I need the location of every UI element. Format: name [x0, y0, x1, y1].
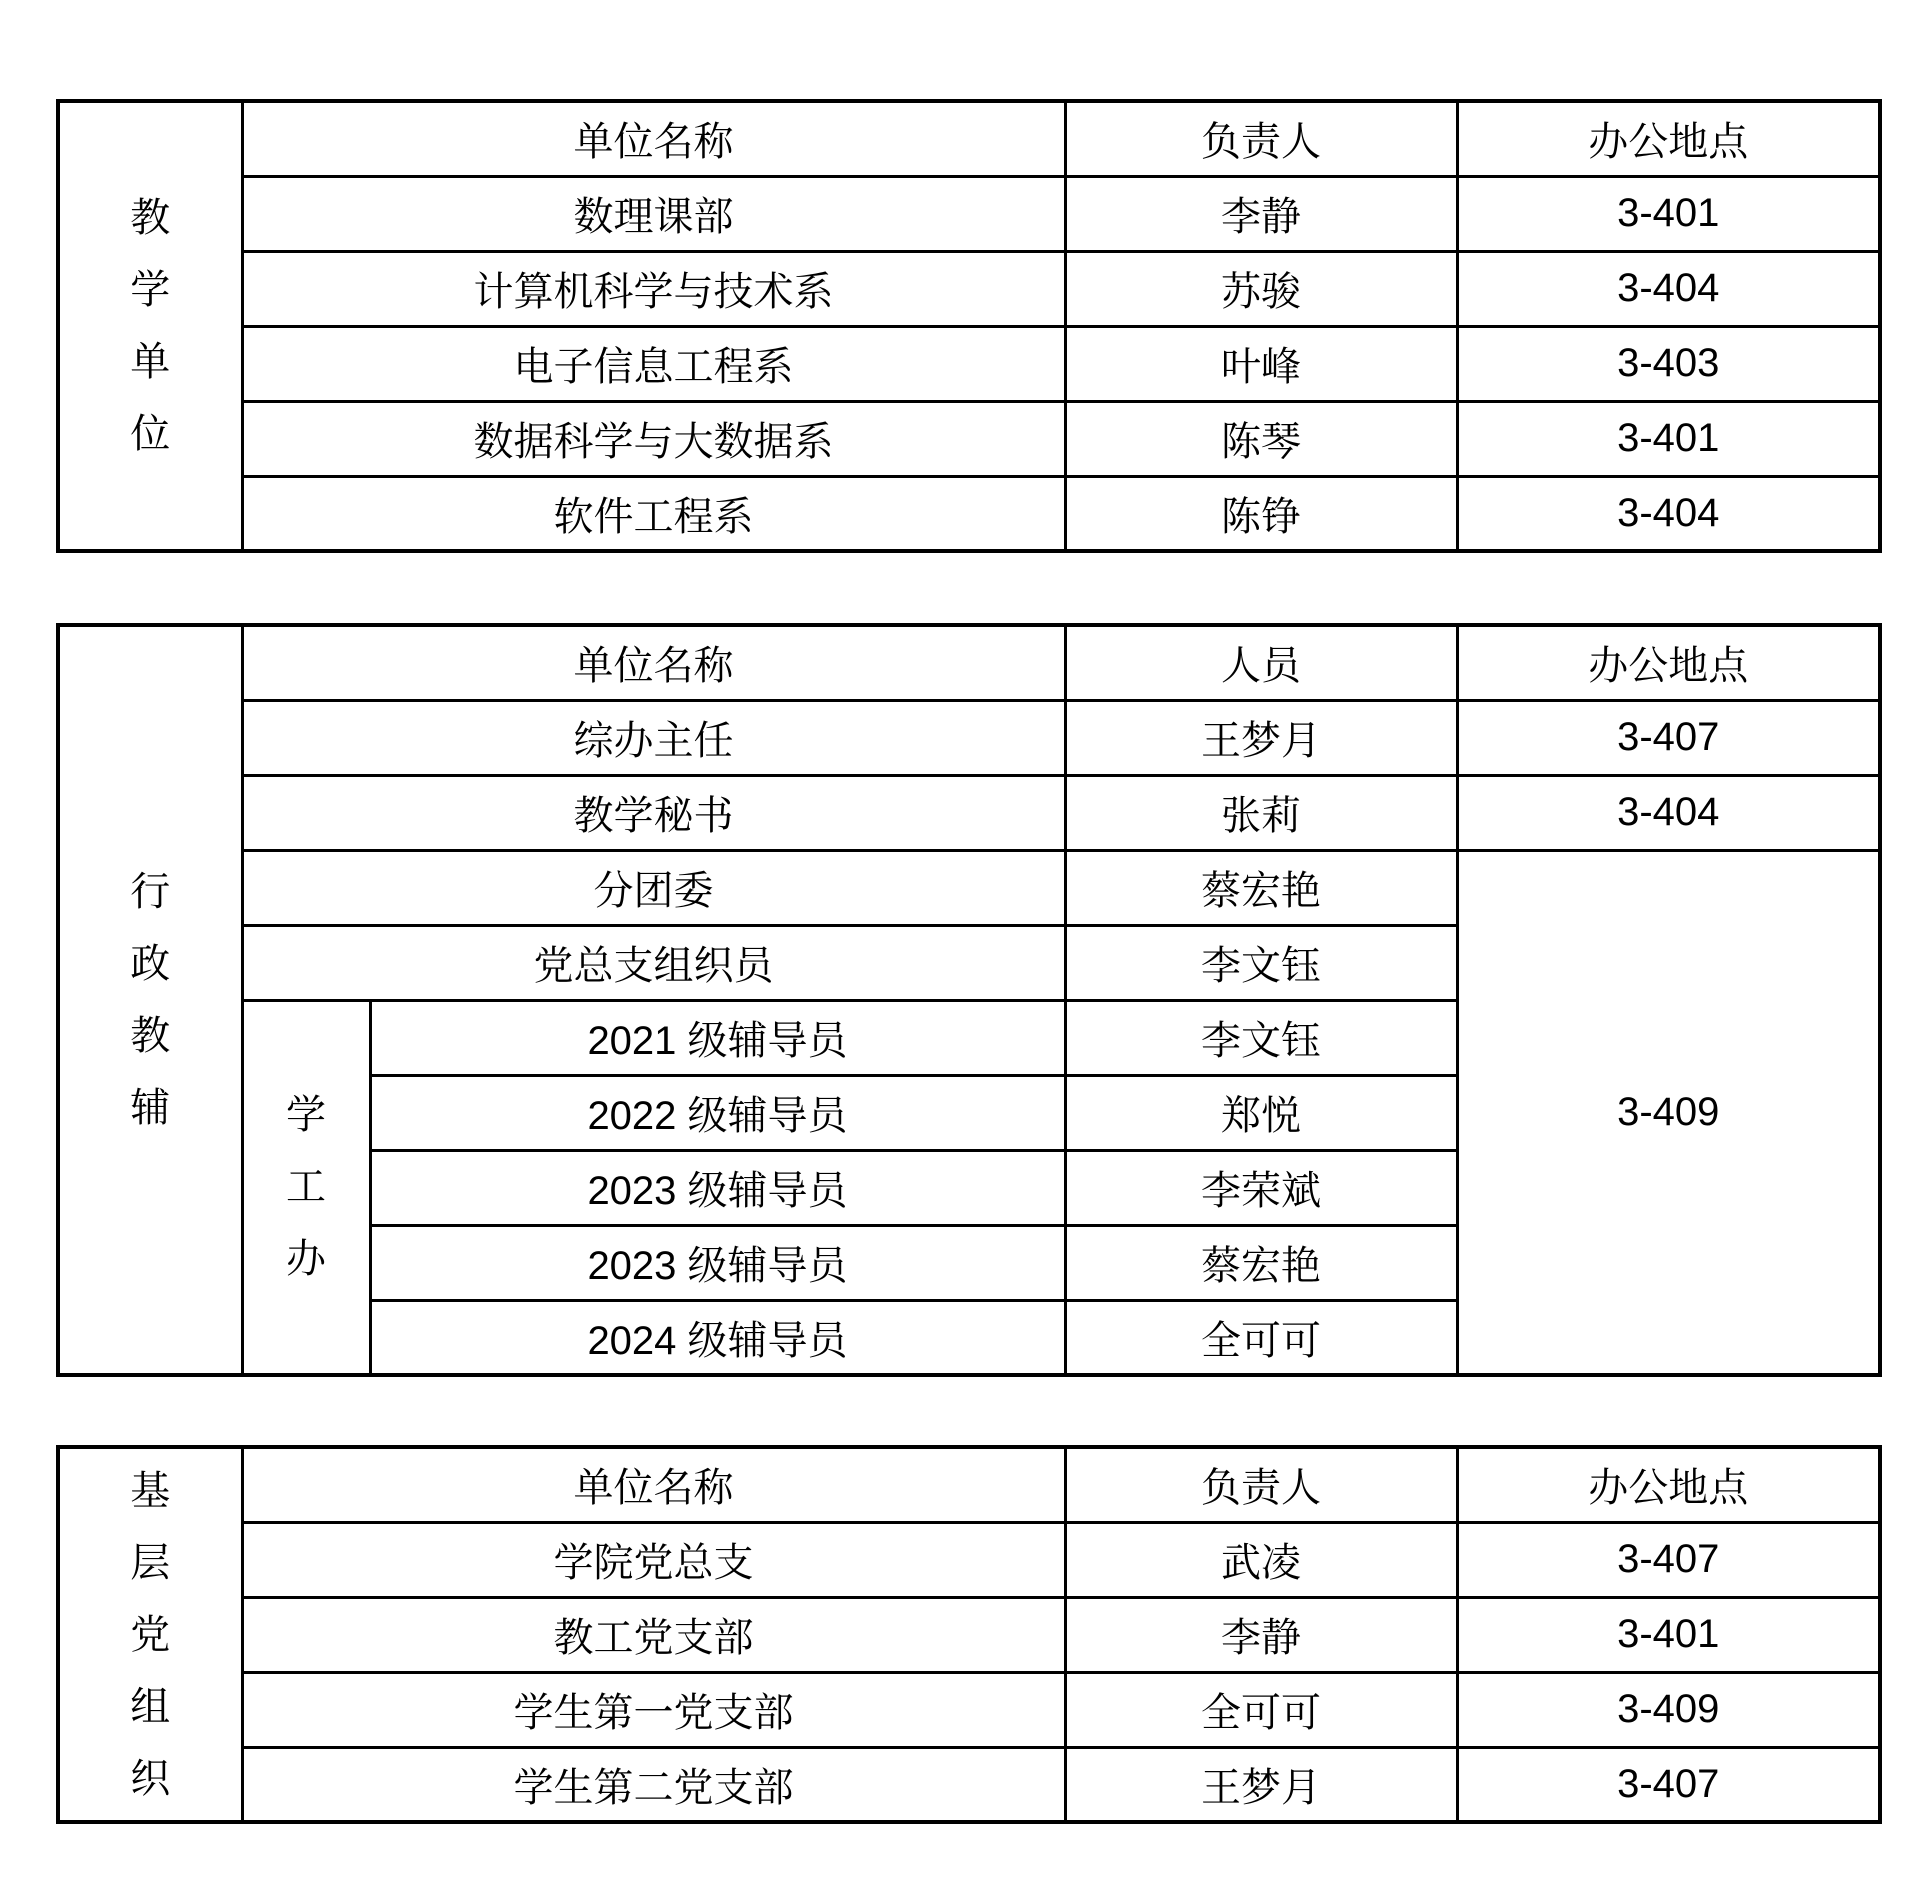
- subgroup-label-cell: 学工办: [242, 1000, 370, 1375]
- table-row: 计算机科学与技术系 苏骏 3-404: [58, 251, 1880, 326]
- office-cell: 3-407: [1457, 1747, 1880, 1822]
- col-header-person: 人员: [1065, 625, 1457, 700]
- unit-name-cell: 学生第一党支部: [242, 1672, 1065, 1747]
- col-header-unit-name: 单位名称: [242, 101, 1065, 176]
- person-cell: 李静: [1065, 176, 1457, 251]
- table-row: 分团委 蔡宏艳 3-409: [58, 850, 1880, 925]
- office-cell: 3-401: [1457, 401, 1880, 476]
- person-cell: 王梦月: [1065, 1747, 1457, 1822]
- person-cell: 李文钰: [1065, 925, 1457, 1000]
- unit-name-cell: 综办主任: [242, 700, 1065, 775]
- person-cell: 李文钰: [1065, 1000, 1457, 1075]
- table-row: 数理课部 李静 3-401: [58, 176, 1880, 251]
- office-cell: 3-401: [1457, 1597, 1880, 1672]
- unit-name-cell: 教工党支部: [242, 1597, 1065, 1672]
- group-label: 行政教辅: [130, 856, 170, 1144]
- person-cell: 李荣斌: [1065, 1150, 1457, 1225]
- unit-name-cell: 2022 级辅导员: [370, 1075, 1065, 1150]
- table-row: 学院党总支 武凌 3-407: [58, 1522, 1880, 1597]
- person-cell: 陈琴: [1065, 401, 1457, 476]
- person-cell: 武凌: [1065, 1522, 1457, 1597]
- unit-name-cell: 电子信息工程系: [242, 326, 1065, 401]
- subgroup-label: 学工办: [286, 1079, 326, 1295]
- col-header-office: 办公地点: [1457, 101, 1880, 176]
- unit-name-cell: 数据科学与大数据系: [242, 401, 1065, 476]
- office-cell: 3-401: [1457, 176, 1880, 251]
- header-row: 教学单位 单位名称 负责人 办公地点: [58, 101, 1880, 176]
- unit-name-cell: 2023 级辅导员: [370, 1150, 1065, 1225]
- unit-name-cell: 党总支组织员: [242, 925, 1065, 1000]
- office-cell: 3-404: [1457, 775, 1880, 850]
- office-cell: 3-409: [1457, 1672, 1880, 1747]
- office-cell: 3-407: [1457, 1522, 1880, 1597]
- unit-name-cell: 软件工程系: [242, 476, 1065, 551]
- unit-name-cell: 2024 级辅导员: [370, 1300, 1065, 1375]
- group-label: 教学单位: [130, 182, 170, 470]
- table-row: 学生第二党支部 王梦月 3-407: [58, 1747, 1880, 1822]
- person-cell: 李静: [1065, 1597, 1457, 1672]
- col-header-office: 办公地点: [1457, 1447, 1880, 1522]
- unit-name-cell: 数理课部: [242, 176, 1065, 251]
- table-row: 软件工程系 陈铮 3-404: [58, 476, 1880, 551]
- unit-name-cell: 2021 级辅导员: [370, 1000, 1065, 1075]
- table-admin-support: 行政教辅 单位名称 人员 办公地点 综办主任 王梦月 3-407 教学秘书 张莉…: [56, 623, 1882, 1377]
- unit-name-cell: 教学秘书: [242, 775, 1065, 850]
- table-party-orgs: 基层党组织 单位名称 负责人 办公地点 学院党总支 武凌 3-407 教工党支部…: [56, 1445, 1882, 1824]
- person-cell: 蔡宏艳: [1065, 850, 1457, 925]
- table-row: 教学秘书 张莉 3-404: [58, 775, 1880, 850]
- header-row: 基层党组织 单位名称 负责人 办公地点: [58, 1447, 1880, 1522]
- unit-name-cell: 2023 级辅导员: [370, 1225, 1065, 1300]
- unit-name-cell: 学院党总支: [242, 1522, 1065, 1597]
- group-label-cell: 教学单位: [58, 101, 242, 551]
- office-cell: 3-404: [1457, 251, 1880, 326]
- person-cell: 全可可: [1065, 1672, 1457, 1747]
- unit-name-cell: 分团委: [242, 850, 1065, 925]
- group-label-cell: 行政教辅: [58, 625, 242, 1375]
- group-label: 基层党组织: [130, 1455, 170, 1815]
- table-teaching-units: 教学单位 单位名称 负责人 办公地点 数理课部 李静 3-401 计算机科学与技…: [56, 99, 1882, 553]
- person-cell: 叶峰: [1065, 326, 1457, 401]
- office-cell: 3-404: [1457, 476, 1880, 551]
- col-header-office: 办公地点: [1457, 625, 1880, 700]
- header-row: 行政教辅 单位名称 人员 办公地点: [58, 625, 1880, 700]
- col-header-person: 负责人: [1065, 101, 1457, 176]
- unit-name-cell: 学生第二党支部: [242, 1747, 1065, 1822]
- table-row: 数据科学与大数据系 陈琴 3-401: [58, 401, 1880, 476]
- office-cell: 3-407: [1457, 700, 1880, 775]
- office-cell: 3-403: [1457, 326, 1880, 401]
- table-row: 综办主任 王梦月 3-407: [58, 700, 1880, 775]
- table-row: 学生第一党支部 全可可 3-409: [58, 1672, 1880, 1747]
- table-row: 教工党支部 李静 3-401: [58, 1597, 1880, 1672]
- unit-name-cell: 计算机科学与技术系: [242, 251, 1065, 326]
- person-cell: 张莉: [1065, 775, 1457, 850]
- col-header-person: 负责人: [1065, 1447, 1457, 1522]
- person-cell: 蔡宏艳: [1065, 1225, 1457, 1300]
- person-cell: 陈铮: [1065, 476, 1457, 551]
- person-cell: 郑悦: [1065, 1075, 1457, 1150]
- col-header-unit-name: 单位名称: [242, 625, 1065, 700]
- group-label-cell: 基层党组织: [58, 1447, 242, 1822]
- person-cell: 全可可: [1065, 1300, 1457, 1375]
- table-row: 电子信息工程系 叶峰 3-403: [58, 326, 1880, 401]
- person-cell: 王梦月: [1065, 700, 1457, 775]
- person-cell: 苏骏: [1065, 251, 1457, 326]
- merged-office-cell: 3-409: [1457, 850, 1880, 1375]
- col-header-unit-name: 单位名称: [242, 1447, 1065, 1522]
